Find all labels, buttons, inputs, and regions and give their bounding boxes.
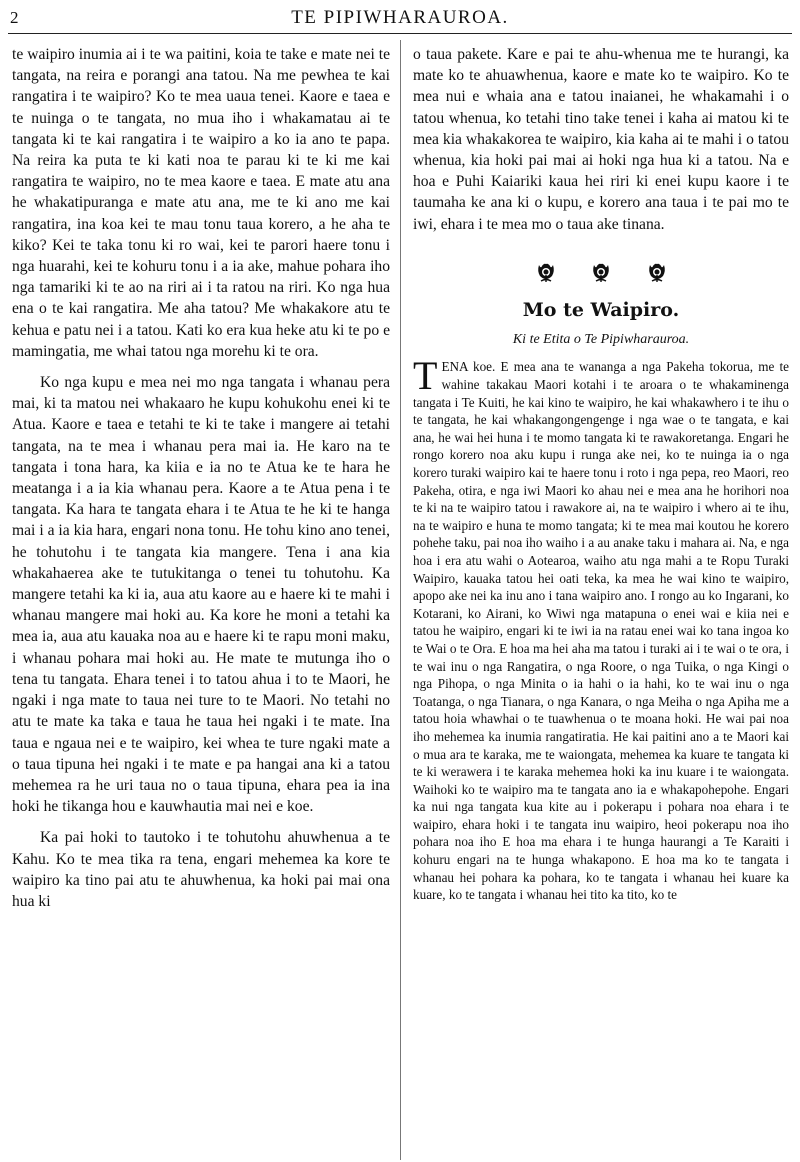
paragraph-continuation: o taua pakete. Kare e pai te ahu-whenua … [413, 44, 789, 235]
flower-ornament-icon [647, 261, 667, 283]
paragraph: te waipiro inumia ai i te wa paitini, ko… [12, 44, 390, 362]
paragraph: Ka pai hoki to tautoko i te tohutohu ahu… [12, 827, 390, 912]
left-column: te waipiro inumia ai i te wa paitini, ko… [12, 44, 390, 912]
flower-ornament-icon [536, 261, 556, 283]
header-rule [8, 33, 792, 34]
article-subtitle: Ki te Etita o Te Pipiwharauroa. [413, 329, 789, 350]
right-column: o taua pakete. Kare e pai te ahu-whenua … [413, 44, 789, 904]
ornament-row [413, 261, 789, 286]
page-header: 2 TE PIPIWHARAUROA. [0, 0, 800, 36]
masthead-title: TE PIPIWHARAUROA. [0, 7, 800, 29]
letter-body: T ENA koe. E mea ana te wananga a nga Pa… [413, 358, 789, 903]
flower-ornament-icon [591, 261, 611, 283]
drop-cap: T [413, 360, 437, 392]
column-divider [400, 40, 401, 1160]
letter-text: ENA koe. E mea ana te wananga a nga Pake… [413, 359, 789, 902]
article-title: Mo te Waipiro. [413, 300, 789, 321]
paragraph: Ko nga kupu e mea nei mo nga tangata i w… [12, 372, 390, 817]
